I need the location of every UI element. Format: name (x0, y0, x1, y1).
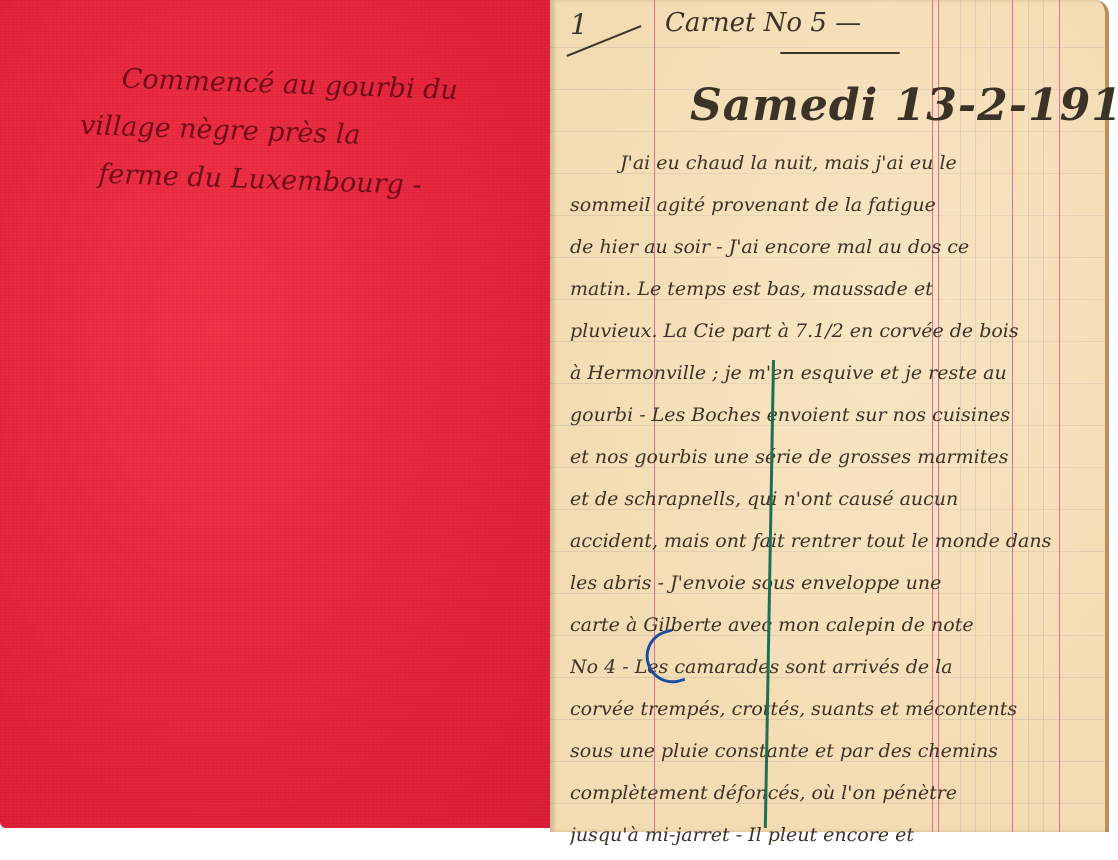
diary-line: à Hermonville ; je m'en esquive et je re… (570, 352, 1090, 394)
diary-line: sommeil agité provenant de la fatigue (570, 184, 1090, 226)
carnet-label: Carnet No 5 — (665, 8, 861, 38)
date-heading: Samedi 13-2-1915 (690, 80, 1118, 131)
diary-line: gourbi - Les Boches envoient sur nos cui… (570, 394, 1090, 436)
diary-line: corvée trempés, crottés, suants et mécon… (570, 688, 1090, 730)
diary-line: de hier au soir - J'ai encore mal au dos… (570, 226, 1090, 268)
diary-line: matin. Le temps est bas, maussade et (570, 268, 1090, 310)
notebook-page: 1 Carnet No 5 — Samedi 13-2-1915 J'ai eu… (550, 0, 1109, 832)
diary-line: J'ai eu chaud la nuit, mais j'ai eu le (570, 142, 1090, 184)
diary-line: pluvieux. La Cie part à 7.1/2 en corvée … (570, 310, 1090, 352)
diary-entry: J'ai eu chaud la nuit, mais j'ai eu le s… (570, 142, 1090, 856)
cover-handwritten-note: Commencé au gourbi du village nègre près… (78, 54, 543, 214)
diary-line: et de schrapnells, qui n'ont causé aucun (570, 478, 1090, 520)
diary-line: jusqu'à mi-jarret - Il pleut encore et (570, 814, 1090, 856)
diary-line: complètement défoncés, où l'on pénètre (570, 772, 1090, 814)
diary-line: carte à Gilberte avec mon calepin de not… (570, 604, 1090, 646)
diary-line: et nos gourbis une série de grosses marm… (570, 436, 1090, 478)
diary-line: accident, mais ont fait rentrer tout le … (570, 520, 1090, 562)
carnet-underline (780, 52, 900, 54)
diary-line: sous une pluie constante et par des chem… (570, 730, 1090, 772)
page-number: 1 (570, 8, 588, 41)
diary-line: les abris - J'envoie sous enveloppe une (570, 562, 1090, 604)
notebook-cover: Commencé au gourbi du village nègre près… (0, 0, 550, 828)
